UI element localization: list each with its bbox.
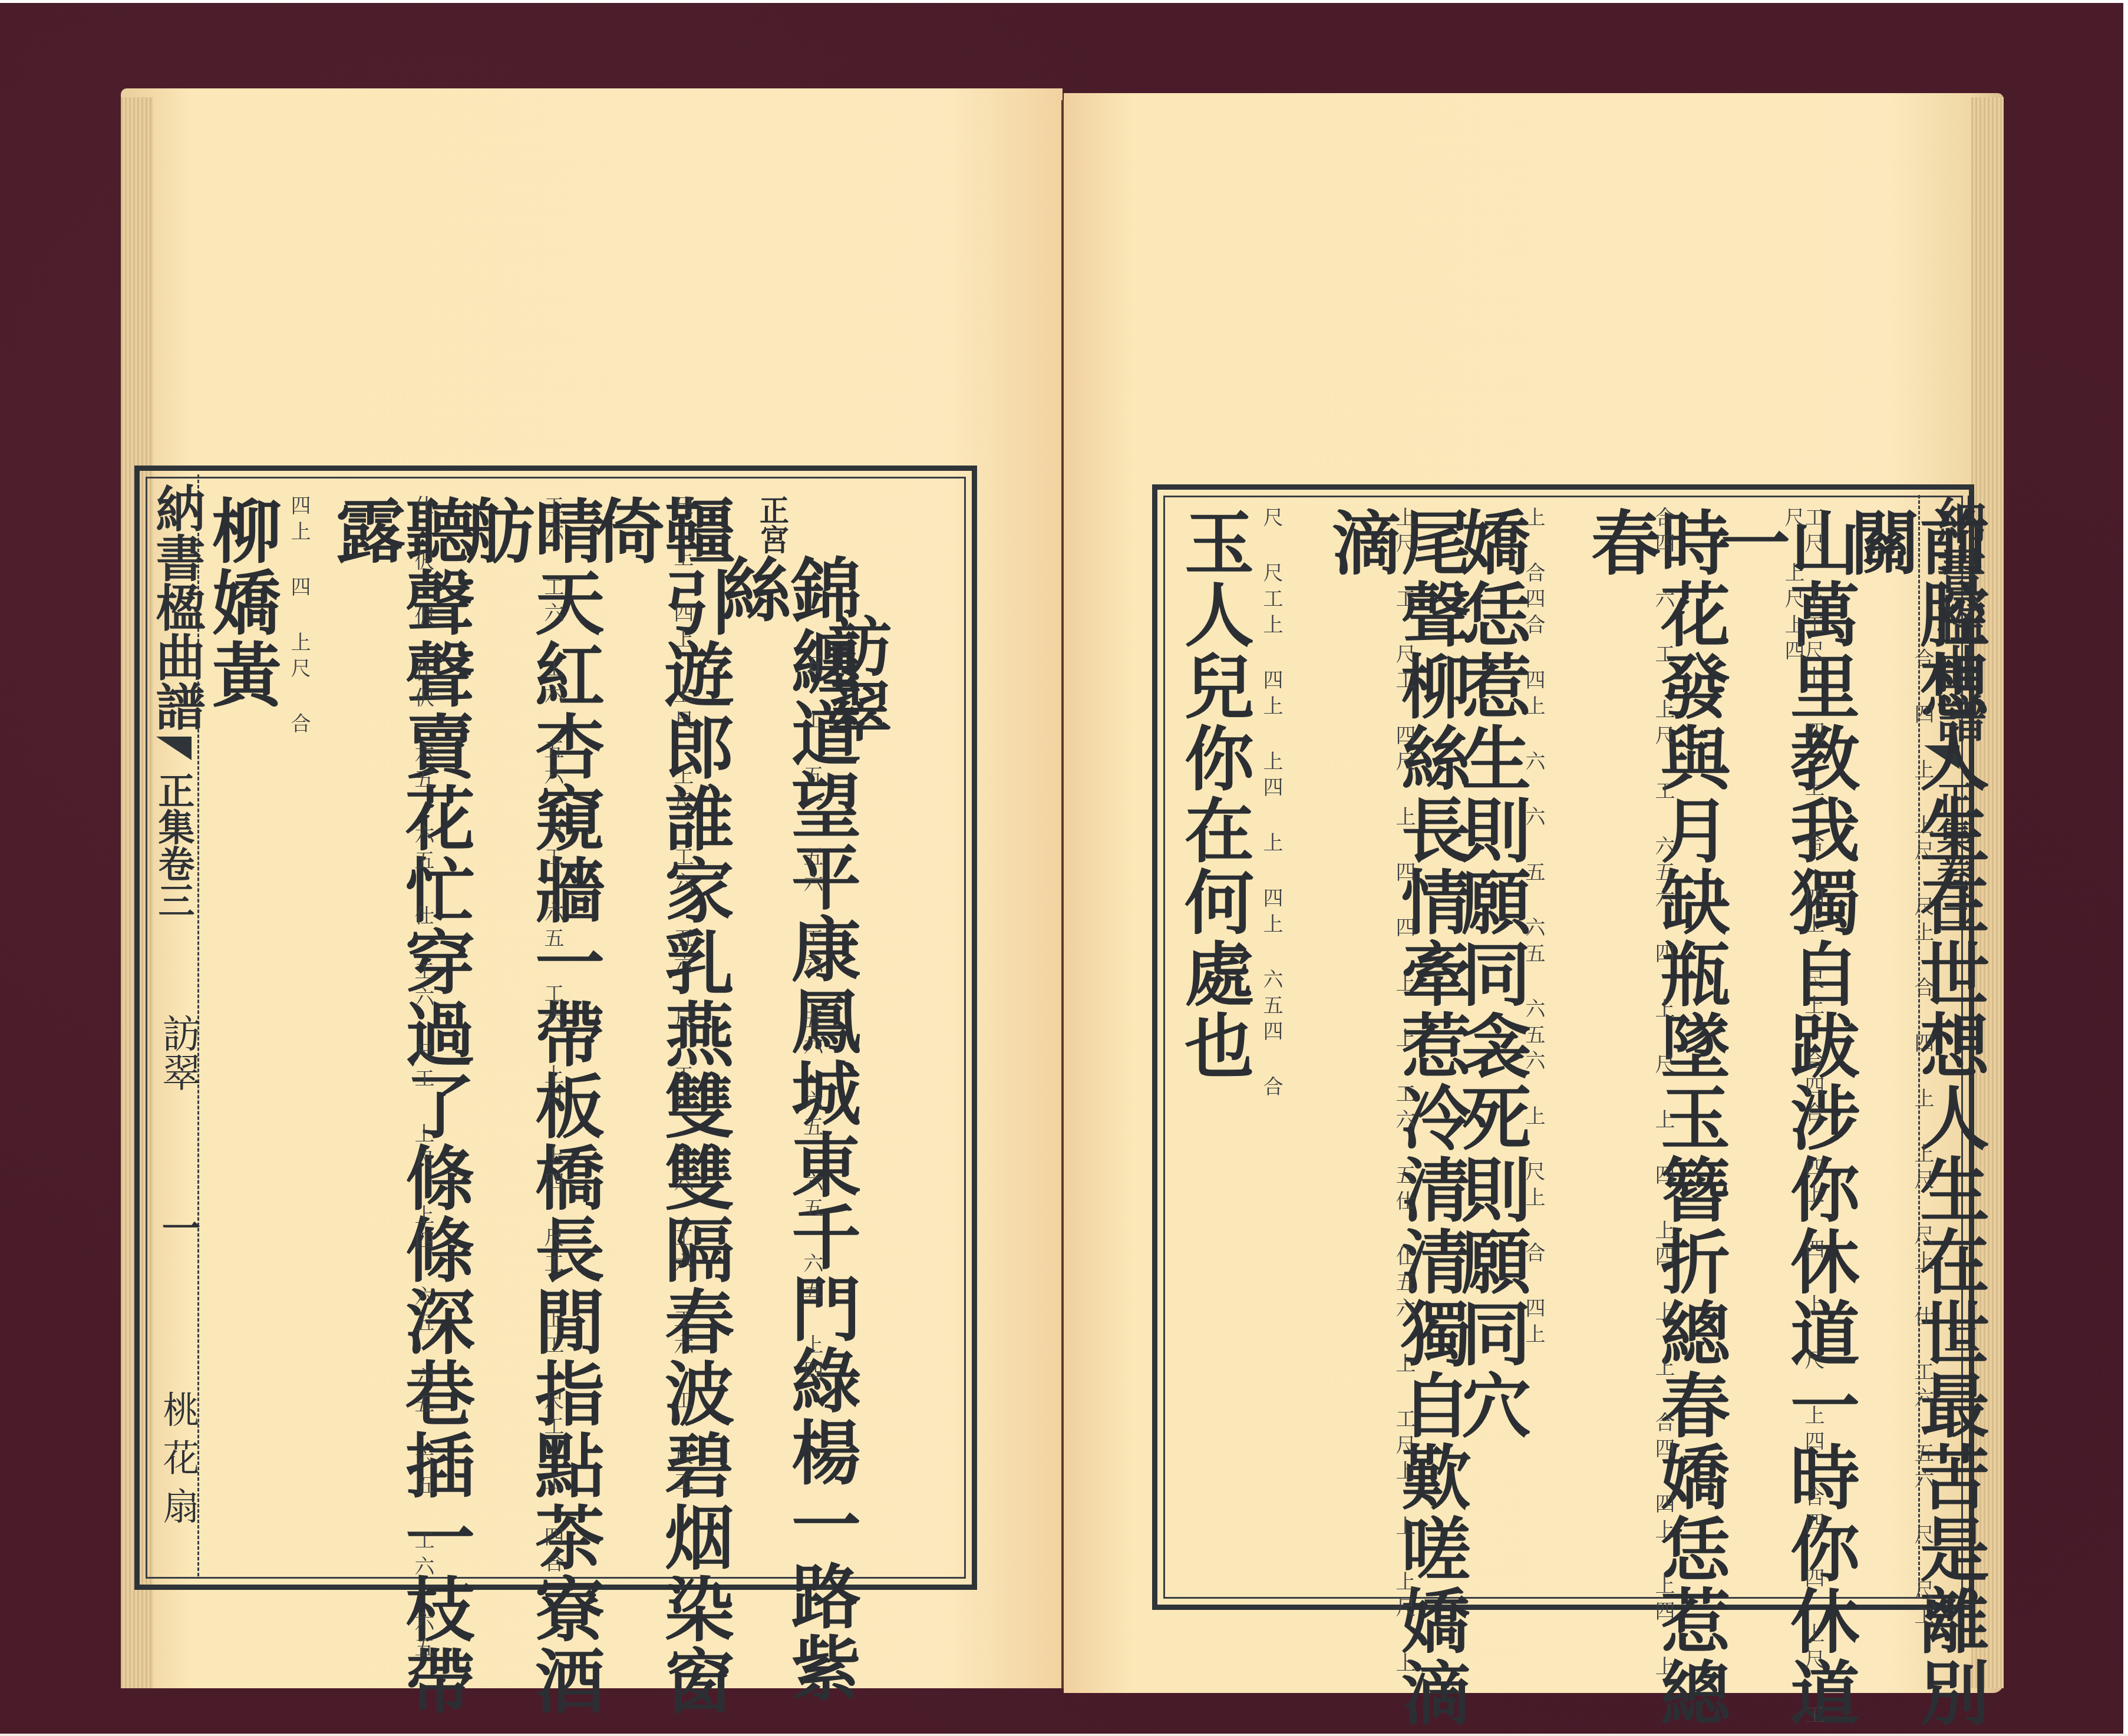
notation-column-3: 合四 六 工 上尺 工 六五六 四 上 尺 上 四 上四 上 上 合四 四上 上…	[1653, 507, 1673, 1682]
mode-marker: 正宮	[757, 495, 787, 554]
left-gutter-scene: 訪翠	[150, 1014, 206, 1091]
left-gutter-page-number: 一	[150, 1208, 206, 1247]
lyric-column-5: 柳嬌黃	[206, 495, 276, 711]
lyric-column-6: 玉人兒你在何處也	[1179, 507, 1248, 1082]
notation-column-1: 五 工 五一 五六 工六 五六 六五 六五 六五 上四	[801, 654, 821, 1386]
left-gutter-play-title: 桃花扇	[152, 1391, 204, 1536]
left-gutter-volume: 正集卷三	[147, 772, 200, 918]
left-fishtail-mark	[156, 737, 192, 760]
notation-column-1: 合 四 上 上尺 尺上 合 四 上 上尺 尺上 仕 工六 五六 尺 尺工	[1912, 648, 1932, 1631]
lyric-column-4: 聽聲聲賣花忙穿過了條條深巷插一枝帶露	[330, 495, 469, 1736]
notation-column-3: 工六 工六 工六 五六 尺工 六五 工六 上尺 上四 尺工 上工 尺工 工 四合	[542, 495, 562, 1578]
notation-column-4: 上 合四合 四上 六 六 五 六五 六五六 上 尺上 合 四上	[1523, 507, 1543, 1349]
lyric-column-2: 韁引遊郎誰家乳燕雙雙隔春波碧烟染窗倚	[589, 495, 728, 1736]
notation-column-2: 工尺 上工尺上 四 上 合 四上 尺上 合四合 四上 四 上 尺 上四 合四 四…	[1783, 507, 1823, 1736]
scan-border-top	[0, 0, 2128, 3]
lyric-column-3: 晴天紅杏窺牆一帶板橋長閒指點茶寮酒舫	[460, 495, 599, 1736]
book-spine	[1061, 100, 1064, 1688]
notation-column-6: 尺 尺工上 四上 上四 上 四上 六五四 合	[1261, 507, 1281, 1102]
notation-column-4: 仕 伬 伬 仩伬 六五 六五 仕 工六 尺工 上尺 上四 六五 六五 六五 工六…	[413, 495, 433, 1663]
scan-border-right	[2123, 0, 2128, 1736]
notation-column-5: 上尺 工 尺工 四尺 上 四 四 上 上 工六 五仕 仩五六 上 工尺上 上 上…	[1394, 507, 1414, 1678]
notation-column-2: 尺工上 四上 上尺 上尺 工六 五六 尺 工六 工六 工六 工六 工 尺工	[672, 495, 692, 1497]
notation-column-5: 四上 四 上尺 合	[289, 495, 309, 739]
lyric-column-1: 錦纏道望平康鳳城東千門綠楊一路紫絲	[716, 554, 855, 1736]
